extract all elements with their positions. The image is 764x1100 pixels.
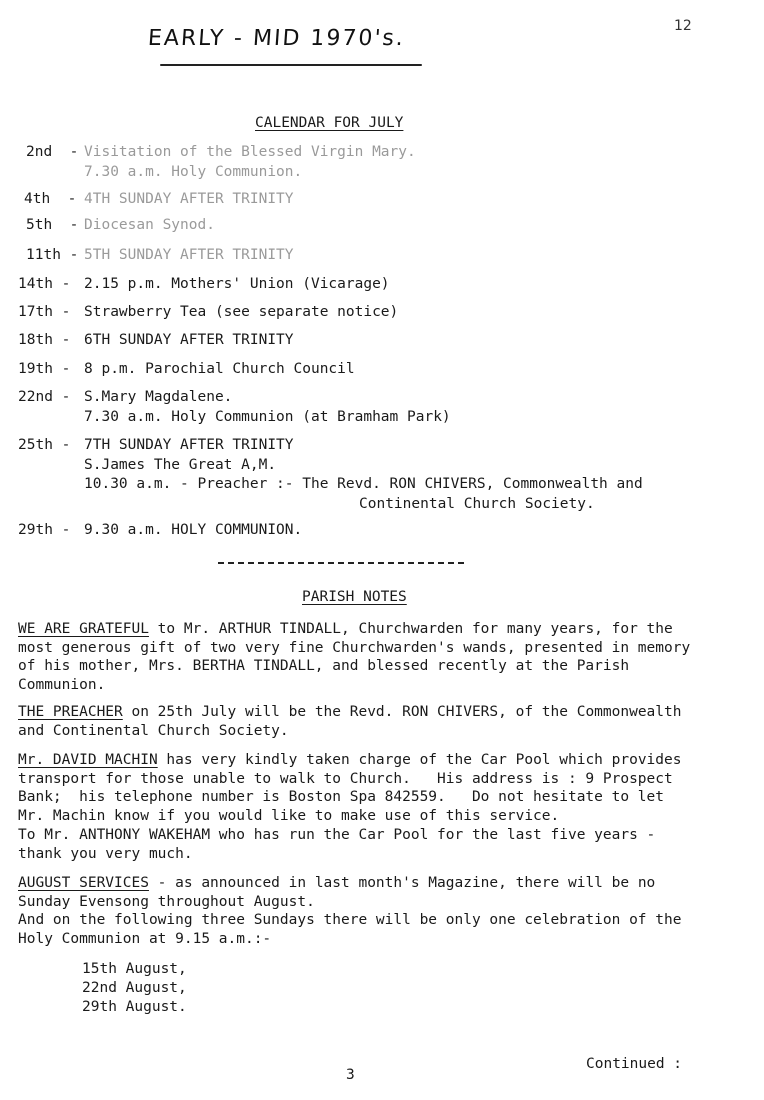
note-line: Sunday Evensong throughout August. <box>18 893 758 912</box>
calendar-date: 11th - <box>26 246 78 265</box>
note-heading: THE PREACHER <box>18 704 123 720</box>
calendar-entry-line: 2.15 p.m. Mothers' Union (Vicarage) <box>84 275 390 294</box>
note-line: transport for those unable to walk to Ch… <box>18 770 758 789</box>
august-date: 22nd August, <box>82 979 187 998</box>
note-line: thank you very much. <box>18 845 758 864</box>
august-date: 15th August, <box>82 960 187 979</box>
handwritten-title: EARLY - MID 1970's. <box>147 26 406 51</box>
note-line: most generous gift of two very fine Chur… <box>18 639 758 658</box>
handwritten-underline <box>160 64 422 66</box>
calendar-entry-line: 5TH SUNDAY AFTER TRINITY <box>84 246 294 265</box>
calendar-entry-line: Continental Church Society. <box>359 495 595 514</box>
calendar-title: CALENDAR FOR JULY <box>255 114 403 133</box>
calendar-date: 2nd - <box>26 143 78 162</box>
note-heading: Mr. DAVID MACHIN <box>18 752 158 768</box>
calendar-entry-line: 7.30 a.m. Holy Communion (at Bramham Par… <box>84 408 451 427</box>
calendar-entry-line: Visitation of the Blessed Virgin Mary. <box>84 143 416 162</box>
calendar-entry-line: Diocesan Synod. <box>84 216 215 235</box>
calendar-entry-line: S.Mary Magdalene. <box>84 388 232 407</box>
calendar-entry-line: Strawberry Tea (see separate notice) <box>84 303 398 322</box>
note-line: and Continental Church Society. <box>18 722 758 741</box>
calendar-entry-line: 9.30 a.m. HOLY COMMUNION. <box>84 521 302 540</box>
note-line: To Mr. ANTHONY WAKEHAM who has run the C… <box>18 826 758 845</box>
note-line: WE ARE GRATEFUL to Mr. ARTHUR TINDALL, C… <box>18 620 758 639</box>
calendar-date: 29th - <box>18 521 70 540</box>
handwritten-page-number: 12 <box>674 18 692 34</box>
continued-label: Continued : <box>586 1055 682 1074</box>
note-line: Mr. Machin know if you would like to mak… <box>18 807 758 826</box>
calendar-date: 19th - <box>18 360 70 379</box>
calendar-entry-line: 4TH SUNDAY AFTER TRINITY <box>84 190 294 209</box>
calendar-date: 4th - <box>24 190 76 209</box>
calendar-date: 25th - <box>18 436 70 455</box>
note-line: Mr. DAVID MACHIN has very kindly taken c… <box>18 751 758 770</box>
note-line: THE PREACHER on 25th July will be the Re… <box>18 703 758 722</box>
august-date: 29th August. <box>82 998 187 1017</box>
note-heading: AUGUST SERVICES <box>18 875 149 891</box>
calendar-date: 5th - <box>26 216 78 235</box>
calendar-date: 14th - <box>18 275 70 294</box>
calendar-date: 18th - <box>18 331 70 350</box>
note-line: AUGUST SERVICES - as announced in last m… <box>18 874 758 893</box>
calendar-entry-line: 8 p.m. Parochial Church Council <box>84 360 355 379</box>
note-line: Holy Communion at 9.15 a.m.:- <box>18 930 758 949</box>
calendar-date: 22nd - <box>18 388 70 407</box>
page-number: 3 <box>346 1066 355 1085</box>
note-line: And on the following three Sundays there… <box>18 911 758 930</box>
note-line: Communion. <box>18 676 758 695</box>
section-divider <box>218 562 464 564</box>
calendar-entry-line: S.James The Great A,M. <box>84 456 276 475</box>
calendar-entry-line: 7.30 a.m. Holy Communion. <box>84 163 302 182</box>
calendar-entry-line: 7TH SUNDAY AFTER TRINITY <box>84 436 294 455</box>
note-line: of his mother, Mrs. BERTHA TINDALL, and … <box>18 657 758 676</box>
note-line: Bank; his telephone number is Boston Spa… <box>18 788 758 807</box>
calendar-entry-line: 6TH SUNDAY AFTER TRINITY <box>84 331 294 350</box>
calendar-date: 17th - <box>18 303 70 322</box>
parish-notes-title: PARISH NOTES <box>302 588 407 607</box>
calendar-entry-line: 10.30 a.m. - Preacher :- The Revd. RON C… <box>84 475 643 494</box>
note-heading: WE ARE GRATEFUL <box>18 621 149 637</box>
